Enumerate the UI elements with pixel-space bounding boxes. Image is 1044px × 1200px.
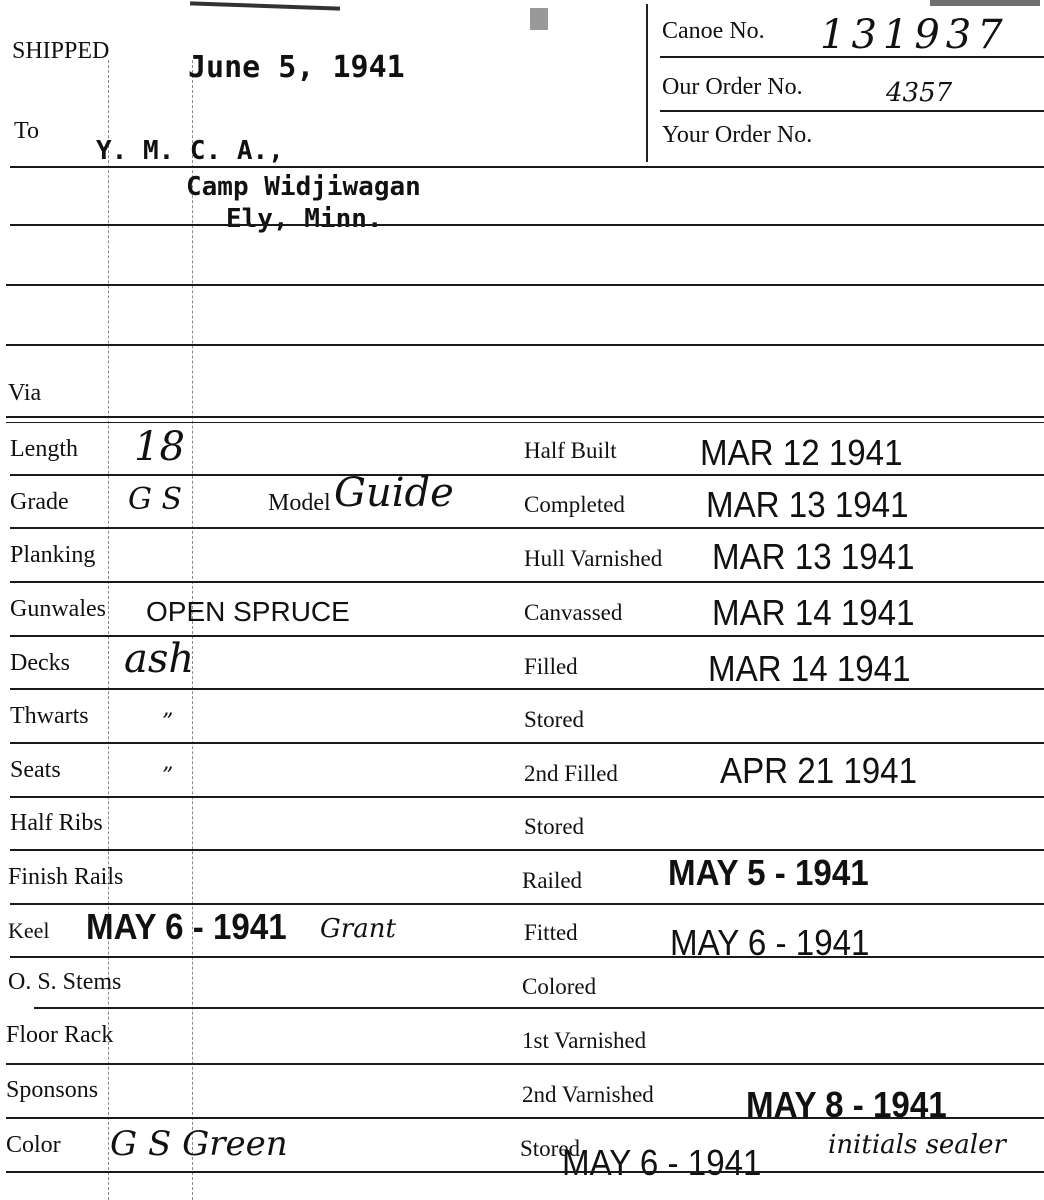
rule: [10, 956, 1044, 958]
gunwales-value: OPEN SPRUCE: [146, 596, 350, 628]
keel-initials: Grant: [320, 914, 396, 944]
fitted-label: Fitted: [524, 920, 578, 946]
filled-label: Filled: [524, 654, 578, 680]
rule: [660, 56, 1044, 58]
decks-label: Decks: [10, 650, 70, 677]
seats-label: Seats: [10, 757, 61, 784]
header-box-divider: [646, 4, 648, 162]
decks-value: ash: [124, 636, 194, 682]
rule: [10, 903, 1044, 905]
rule: [10, 849, 1044, 851]
canvassed-date: MAR 14 1941: [712, 592, 915, 634]
grade-label: Grade: [10, 489, 69, 516]
colored-label: Colored: [522, 974, 596, 1000]
scan-artifact: [530, 8, 548, 30]
gunwales-label: Gunwales: [10, 596, 106, 623]
sponsons-label: Sponsons: [6, 1077, 98, 1104]
via-label: Via: [8, 380, 41, 407]
hull-varnished-label: Hull Varnished: [524, 546, 662, 572]
floor-rack-label: Floor Rack: [6, 1022, 113, 1049]
scan-artifact: [190, 1, 340, 10]
rule: [6, 422, 1044, 423]
canoe-no-value: 131937: [820, 12, 1009, 58]
stored-2-label: Stored: [524, 814, 584, 840]
rule: [10, 166, 1044, 168]
shipped-date: June 5, 1941: [188, 50, 405, 85]
rule: [10, 527, 1044, 529]
shipped-label: SHIPPED: [12, 38, 109, 65]
hull-varnished-date: MAR 13 1941: [712, 536, 915, 578]
stored-3-date: MAY 6 - 1941: [562, 1142, 761, 1184]
railed-label: Railed: [522, 868, 582, 894]
completed-label: Completed: [524, 492, 625, 518]
guide-line: [192, 60, 194, 1200]
thwarts-value: ”: [162, 710, 173, 735]
model-label: Model: [268, 490, 331, 517]
rule: [6, 1171, 1044, 1173]
rule: [10, 742, 1044, 744]
keel-label: Keel: [8, 918, 50, 944]
rule: [6, 1063, 1044, 1065]
our-order-label: Our Order No.: [662, 74, 803, 101]
color-value: G S Green: [110, 1124, 288, 1164]
filled-date: MAR 14 1941: [708, 648, 911, 690]
half-built-label: Half Built: [524, 438, 617, 464]
to-line-1: Y. M. C. A.,: [96, 136, 284, 166]
planking-label: Planking: [10, 542, 95, 569]
second-varnished-date: MAY 8 - 1941: [746, 1084, 947, 1126]
to-line-3: Ely, Minn.: [226, 204, 383, 234]
canoe-no-label: Canoe No.: [662, 18, 765, 45]
length-label: Length: [10, 436, 78, 463]
rule: [6, 416, 1044, 418]
scan-artifact: [930, 0, 1040, 6]
first-varnished-label: 1st Varnished: [522, 1028, 646, 1054]
rule: [10, 581, 1044, 583]
rule: [6, 344, 1044, 346]
to-line-2: Camp Widjiwagan: [186, 172, 421, 202]
color-label: Color: [6, 1132, 61, 1159]
second-filled-date: APR 21 1941: [720, 750, 917, 792]
our-order-value: 4357: [886, 78, 952, 108]
to-label: To: [14, 118, 39, 145]
rule: [6, 1117, 1044, 1119]
completed-date: MAR 13 1941: [706, 484, 909, 526]
length-value: 18: [134, 424, 185, 470]
half-built-date: MAR 12 1941: [700, 432, 903, 474]
grade-value: G S: [128, 482, 182, 517]
stored-1-label: Stored: [524, 707, 584, 733]
half-ribs-label: Half Ribs: [10, 810, 103, 837]
second-varnished-label: 2nd Varnished: [522, 1082, 654, 1108]
canvassed-label: Canvassed: [524, 600, 622, 626]
model-value: Guide: [334, 470, 454, 516]
os-stems-label: O. S. Stems: [8, 969, 121, 996]
rule: [10, 688, 1044, 690]
second-filled-label: 2nd Filled: [524, 761, 618, 787]
rule: [10, 796, 1044, 798]
stored-3-note: initials sealer: [828, 1130, 1006, 1160]
seats-value: ”: [162, 764, 173, 789]
keel-date: MAY 6 - 1941: [86, 906, 287, 948]
rule: [34, 1007, 1044, 1009]
rule: [10, 474, 1044, 476]
railed-date: MAY 5 - 1941: [668, 852, 869, 894]
thwarts-label: Thwarts: [10, 703, 89, 730]
rule: [10, 224, 1044, 226]
rule: [660, 110, 1044, 112]
finish-rails-label: Finish Rails: [8, 864, 123, 891]
your-order-label: Your Order No.: [662, 122, 812, 149]
rule: [6, 284, 1044, 286]
